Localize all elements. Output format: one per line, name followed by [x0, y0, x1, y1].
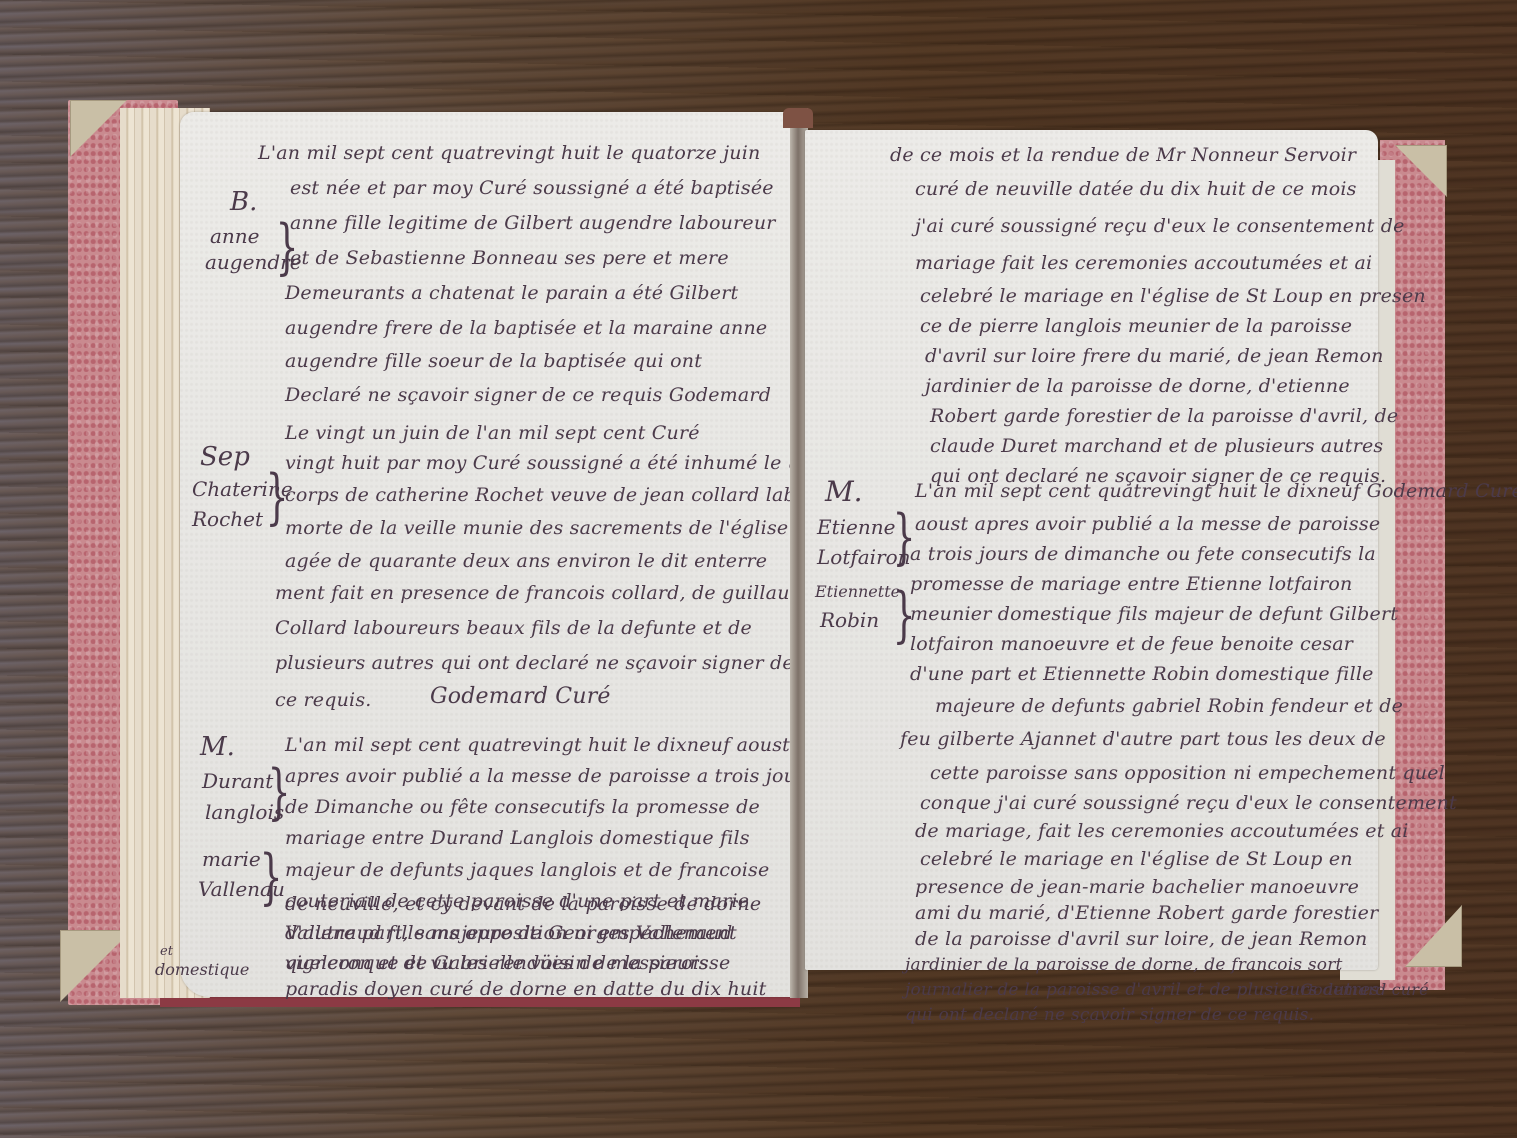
entry-line: d'avril sur loire frere du marié, de jea… [925, 345, 1384, 367]
entry-line: L'an mil sept cent quatrevingt huit le d… [915, 480, 1517, 502]
entry-line: morte de la veille munie des sacrements … [285, 517, 788, 539]
entry-line: celebré le mariage en l'église de St Lou… [920, 285, 1426, 307]
entry-line: apres avoir publié a la messe de paroiss… [285, 765, 815, 787]
entry-line: de ce mois et la rendue de Mr Nonneur Se… [890, 144, 1356, 166]
entry-line: cette paroisse sans opposition ni empech… [930, 762, 1445, 784]
margin-name: Rochet [192, 507, 263, 531]
entry-line: presence de jean-marie bachelier manoeuv… [915, 876, 1359, 898]
entry-line: claude Duret marchand et de plusieurs au… [930, 435, 1383, 457]
entry-line: de neuville, et cy devant de la paroisse… [285, 893, 761, 915]
entry-line: j'ai curé soussigné reçu d'eux le consen… [915, 215, 1405, 237]
entry-line: de Dimanche ou fête consecutifs la prome… [285, 796, 760, 818]
entry-line: augendre fille soeur de la baptisée qui … [285, 350, 702, 372]
entry-line: agée de quarante deux ans environ le dit… [285, 550, 767, 572]
entry-line: promesse de mariage entre Etienne lotfai… [910, 573, 1352, 595]
entry-line: meunier domestique fils majeur de defunt… [910, 603, 1398, 625]
entry-line: majeur de defunts jaques langlois et de … [285, 859, 769, 881]
entry-line: d'une part et Etiennette Robin domestiqu… [910, 663, 1374, 685]
entry-line: Collard laboureurs beaux fils de la defu… [275, 617, 752, 639]
entry-line: mariage entre Durand Langlois domestique… [285, 827, 750, 849]
entry-line: aoust apres avoir publié a la messe de p… [915, 513, 1380, 535]
entry-line: ce requis. [275, 689, 372, 711]
margin-entry-type: B. [230, 187, 257, 217]
margin-entry-type: M. [825, 475, 863, 508]
entry-line: Robert garde forestier de la paroisse d'… [930, 405, 1398, 427]
entry-line: mariage fait les ceremonies accoutumées … [915, 252, 1372, 274]
entry-line: Declaré ne sçavoir signer de ce requis G… [285, 384, 771, 406]
entry-line: feu gilberte Ajannet d'autre part tous l… [900, 728, 1386, 750]
entry-line: celebré le mariage en l'église de St Lou… [920, 848, 1353, 870]
entry-line: ce de pierre langlois meunier de la paro… [920, 315, 1352, 337]
right-page: de ce mois et la rendue de Mr Nonneur Se… [805, 130, 1378, 970]
entry-line: Demeurants a chatenat le parain a été Gi… [285, 282, 738, 304]
entry-line: de mariage, fait les ceremonies accoutum… [915, 820, 1409, 842]
entry-line: lotfairon manoeuvre et de feue benoite c… [910, 633, 1353, 655]
margin-name: Robin [820, 608, 879, 632]
entry-line: qui ont declaré ne sçavoir signer de ce … [905, 1005, 1314, 1025]
margin-name: anne [210, 224, 260, 248]
entry-line: et de Sebastienne Bonneau ses pere et me… [290, 247, 729, 269]
entry-line: majeure de defunts gabriel Robin fendeur… [935, 695, 1403, 717]
signature: Godemard curé [1300, 980, 1429, 999]
entry-line: paradis doyen curé de dorne en datte du … [285, 978, 766, 1000]
entry-line: d'autre part, sans opposition ni empeche… [285, 922, 737, 944]
spine-tab [783, 108, 813, 128]
entry-line: quelconque et vu les rendües de messieur… [285, 952, 709, 974]
entry-line: augendre frere de la baptisée et la mara… [285, 317, 767, 339]
entry-line: anne fille legitime de Gilbert augendre … [290, 212, 776, 234]
entry-line: a trois jours de dimanche ou fete consec… [910, 543, 1376, 565]
margin-name: Etiennette [815, 582, 900, 601]
entry-line: conque j'ai curé soussigné reçu d'eux le… [920, 792, 1457, 814]
entry-line: corps de catherine Rochet veuve de jean … [285, 484, 805, 506]
entry-line: L'an mil sept cent quatrevingt huit le d… [285, 734, 790, 756]
margin-entry-type: M. [200, 732, 235, 762]
entry-line: jardinier de la paroisse de dorne, de fr… [905, 955, 1343, 975]
entry-line: est née et par moy Curé soussigné a été … [290, 177, 774, 199]
entry-line: L'an mil sept cent quatrevingt huit le q… [258, 142, 760, 164]
entry-line: vingt huit par moy Curé soussigné a été … [285, 452, 853, 474]
brace-icon: } [260, 842, 283, 912]
margin-note: et [160, 944, 173, 959]
entry-line: plusieurs autres qui ont declaré ne sçav… [275, 652, 794, 674]
entry-line: ami du marié, d'Etienne Robert garde for… [915, 902, 1378, 924]
margin-name: marie [202, 847, 261, 871]
margin-note: domestique [155, 960, 249, 979]
margin-name: Durant [202, 769, 273, 793]
signature: Godemard Curé [430, 684, 611, 709]
entry-line: jardinier de la paroisse de dorne, d'eti… [925, 375, 1350, 397]
entry-line: Le vingt un juin de l'an mil sept cent C… [285, 422, 700, 444]
margin-name: Etienne [817, 515, 895, 539]
left-page: B. anne augendre } L'an mil sept cent qu… [180, 112, 792, 997]
entry-line: curé de neuville datée du dix huit de ce… [915, 178, 1357, 200]
margin-entry-type: Sep [200, 442, 250, 472]
entry-line: ment fait en presence de francois collar… [275, 582, 819, 604]
entry-line: de la paroisse d'avril sur loire, de jea… [915, 928, 1367, 950]
